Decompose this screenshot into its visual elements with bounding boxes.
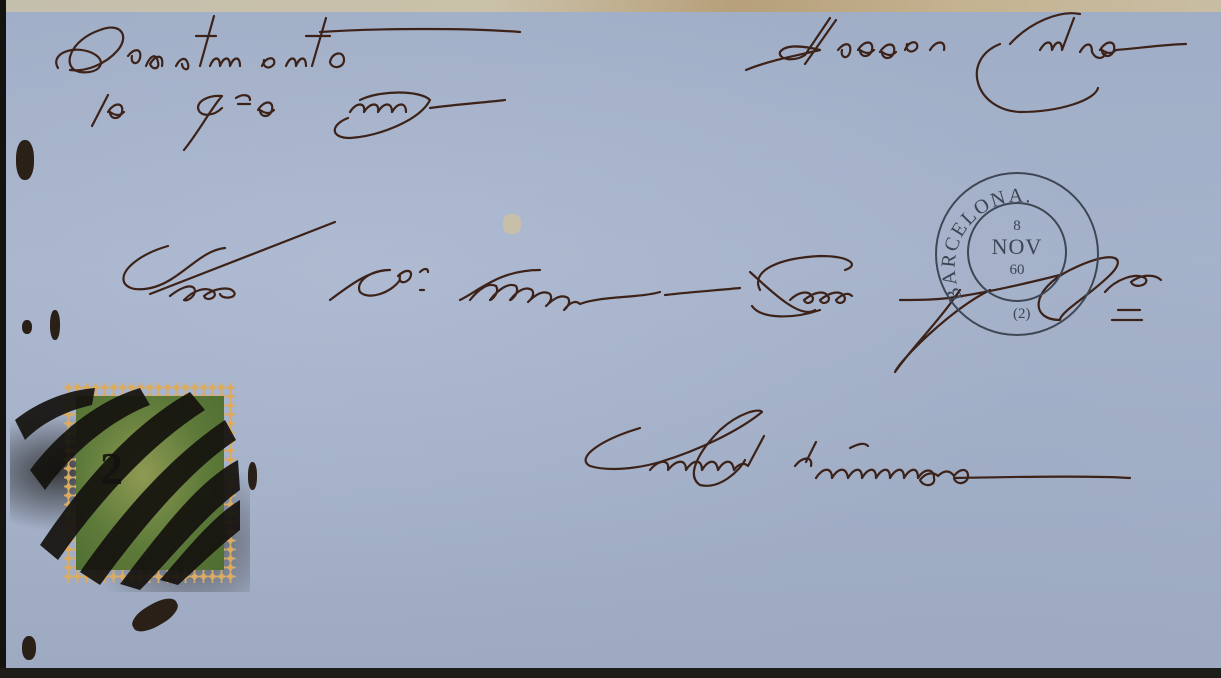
postmark-day: 8 xyxy=(969,218,1065,235)
postmark-inner-ring: 8 NOV 60 xyxy=(967,202,1067,302)
addressee-line2-script xyxy=(586,411,1130,486)
stage: 2 xyxy=(0,0,1221,678)
postmark: BARCELONA. 8 NOV 60 (2) xyxy=(935,172,1099,336)
postmark-month: NOV xyxy=(969,234,1065,260)
sender-annotation-script xyxy=(56,16,520,150)
route-annotation-script xyxy=(746,13,1186,112)
postmark-office-number: (2) xyxy=(1013,306,1031,323)
postmark-year: 60 xyxy=(969,262,1065,279)
handwriting-layer xyxy=(0,0,1221,678)
grid-cancellation xyxy=(15,388,240,590)
